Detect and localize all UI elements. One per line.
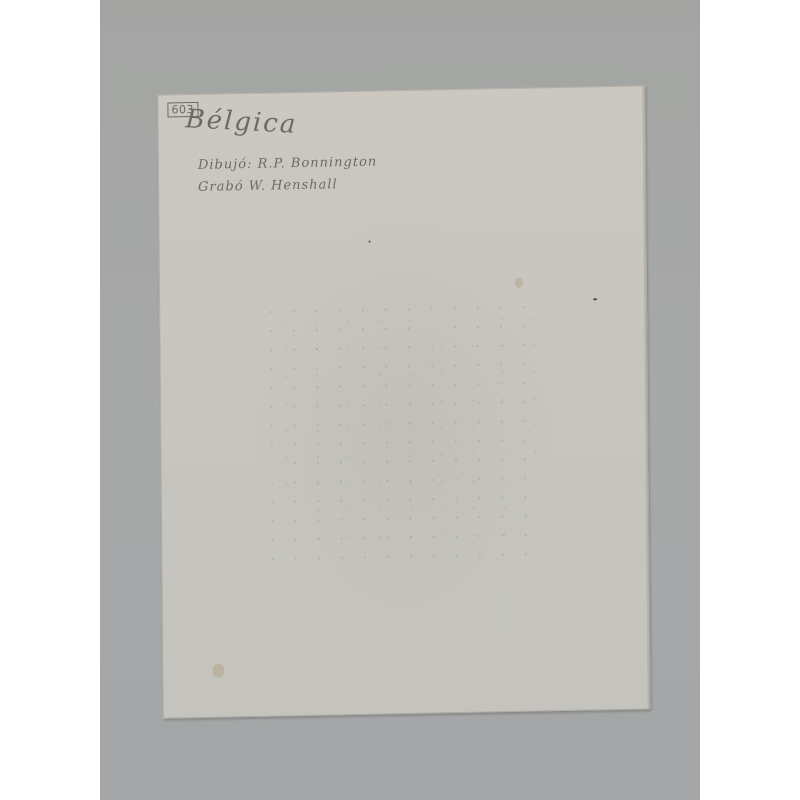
country-annotation: Bélgica bbox=[185, 104, 298, 140]
artist-credit: Dibujó: R.P. Bonnington bbox=[198, 154, 377, 172]
speck-mark bbox=[593, 298, 597, 300]
stain-mark bbox=[515, 278, 523, 288]
photo-background: 603 Bélgica Dibujó: R.P. Bonnington Grab… bbox=[100, 0, 700, 800]
show-through-engraving bbox=[259, 297, 541, 562]
speck-mark bbox=[369, 241, 371, 243]
engraver-credit: Grabó W. Henshall bbox=[198, 177, 338, 195]
engraving-sheet-reverse: 603 Bélgica Dibujó: R.P. Bonnington Grab… bbox=[157, 85, 650, 718]
stain-mark bbox=[212, 663, 224, 677]
